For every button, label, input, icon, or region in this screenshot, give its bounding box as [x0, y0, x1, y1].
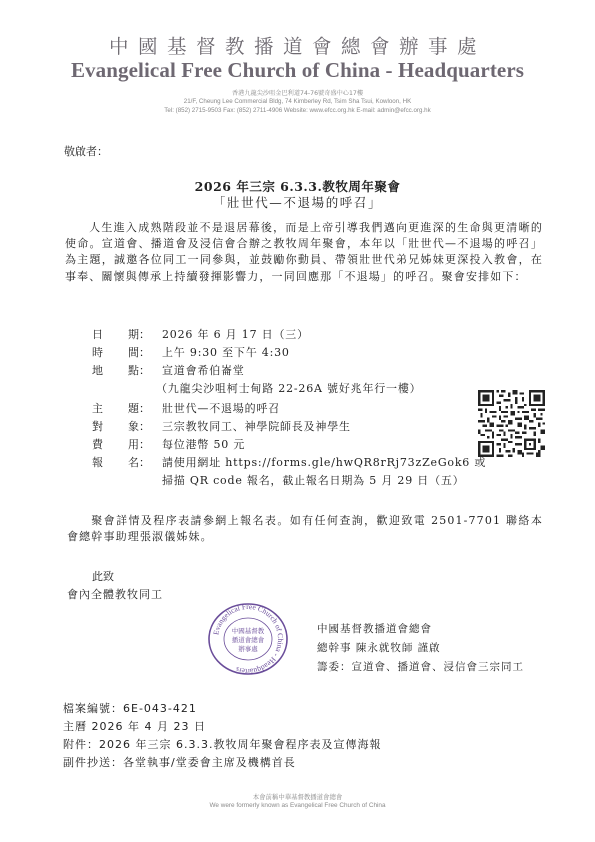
- detail-label: 費用：: [92, 436, 162, 452]
- detail-value: 三宗教牧同工、神學院師長及神學生: [162, 418, 351, 434]
- detail-registration: 報名：請使用網址 https://forms.gle/hwQR8rRj73zZe…: [92, 454, 486, 471]
- official-seal: Evangelical Free Church of China - Headq…: [207, 602, 289, 676]
- detail-label: 日期：: [92, 326, 162, 342]
- detail-theme: 主題：壯世代—不退場的呼召: [92, 400, 280, 417]
- closing-paragraph: 聚會詳情及程序表請參網上報名表。如有任何查詢，歡迎致電 2501-7701 聯絡…: [67, 513, 543, 545]
- registration-qr-code[interactable]: [478, 390, 545, 457]
- signature-organizers: 籌委：宣道會、播道會、浸信會三宗同工: [317, 659, 524, 674]
- detail-time: 時間：上午 9:30 至下午 4:30: [92, 344, 290, 361]
- intro-text: 人生進入成熟階段並不是退居幕後，而是上帝引導我們邁向更進深的生命與更清晰的使命。…: [65, 221, 543, 283]
- letterhead-contact: Tel: (852) 2715-9503 Fax: (852) 2711-490…: [0, 107, 595, 114]
- detail-audience: 對象：三宗教牧同工、神學院師長及神學生: [92, 418, 351, 435]
- detail-fee: 費用：每位港幣 50 元: [92, 436, 245, 453]
- letterhead-english-name: Evangelical Free Church of China - Headq…: [0, 58, 595, 83]
- venue-address: （九龍尖沙咀柯士甸路 22-26A 號好兆年行一樓）: [156, 380, 421, 396]
- letterhead-chinese-name: 中國基督教播道會總會辦事處: [0, 31, 595, 59]
- qr-code-icon: [478, 390, 545, 457]
- registration-continued: 掃描 QR code 報名，截止報名日期為 5 月 29 日（五）: [162, 472, 465, 488]
- detail-value: 上午 9:30 至下午 4:30: [162, 344, 290, 360]
- registration-link[interactable]: 請使用網址 https://forms.gle/hwQR8rRj73zZeGok…: [162, 454, 486, 470]
- detail-value: 宣道會希伯崙堂: [162, 362, 245, 378]
- letterhead-address-en: 21/F, Cheung Lee Commercial Bldg, 74 Kim…: [0, 98, 595, 105]
- detail-date: 日期：2026 年 6 月 17 日（三）: [92, 326, 309, 343]
- detail-label: 對象：: [92, 418, 162, 434]
- file-number: 檔案編號：6E-043-421: [63, 700, 197, 716]
- letterhead-address-cn: 香港九龍尖沙咀金巴利道74-76號奇盛中心17樓: [0, 88, 595, 97]
- footer-en: We were formerly known as Evangelical Fr…: [0, 802, 595, 809]
- signature-org: 中國基督教播道會總會: [317, 621, 432, 636]
- signature-signer: 總幹事 陳永就牧師 謹啟: [317, 640, 441, 655]
- detail-label: 主題：: [92, 400, 162, 416]
- salutation: 敬啟者：: [64, 143, 108, 159]
- svg-text:中國基督教: 中國基督教: [232, 626, 265, 635]
- detail-label: 報名：: [92, 454, 162, 470]
- recipient: 會內全體教牧同工: [67, 586, 163, 602]
- detail-value: 每位港幣 50 元: [162, 436, 245, 452]
- seal-icon: Evangelical Free Church of China - Headq…: [207, 602, 289, 676]
- footer-cn: 本會前稱中華基督教播道會總會: [0, 792, 595, 801]
- detail-venue: 地點：宣道會希伯崙堂: [92, 362, 245, 379]
- event-theme: 「壯世代—不退場的呼召」: [0, 193, 595, 211]
- detail-label: 時間：: [92, 344, 162, 360]
- document-date: 主曆 2026 年 4 月 23 日: [63, 718, 206, 734]
- detail-value: 2026 年 6 月 17 日（三）: [162, 326, 309, 342]
- regards: 此致: [92, 568, 114, 584]
- closing-text: 聚會詳情及程序表請參網上報名表。如有任何查詢，歡迎致電 2501-7701 聯絡…: [67, 514, 543, 543]
- attachment-line: 附件：2026 年三宗 6.3.3.教牧周年聚會程序表及宣傳海報: [63, 736, 381, 752]
- detail-label: 地點：: [92, 362, 162, 378]
- svg-text:播道會總會: 播道會總會: [232, 635, 265, 644]
- svg-text:辦事處: 辦事處: [238, 644, 258, 653]
- detail-value: 壯世代—不退場的呼召: [162, 400, 280, 416]
- intro-paragraph: 人生進入成熟階段並不是退居幕後，而是上帝引導我們邁向更進深的生命與更清晰的使命。…: [65, 220, 543, 285]
- cc-line: 副件抄送：各堂執事/堂委會主席及機構首長: [63, 754, 296, 770]
